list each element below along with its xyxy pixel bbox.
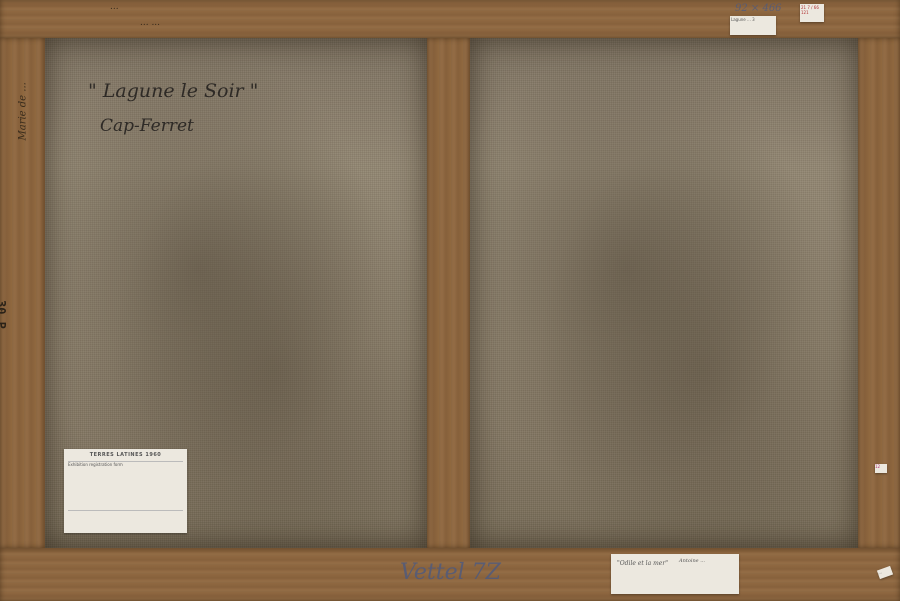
stretcher-frame: " Lagune le Soir " Cap-Ferret Marie de .… (0, 0, 900, 601)
top-right-sticker-1: Lagune ... 3 (730, 16, 776, 35)
bottom-label-title: "Odile et la mer" (617, 560, 668, 567)
top-right-pencil: 92 × 466 (735, 3, 782, 14)
canvas-right-panel (470, 38, 860, 548)
exhibition-label: TERRES LATINES 1960 Exhibition registrat… (64, 449, 187, 533)
exhibition-label-heading: TERRES LATINES 1960 (64, 452, 187, 458)
location-inscription: Cap-Ferret (100, 116, 194, 136)
title-inscription: " Lagune le Soir " (88, 80, 258, 102)
top-bar-inscription-1: ... (110, 2, 119, 12)
top-bar-inscription-2: ... ... (140, 18, 160, 28)
bottom-pencil-inscription: Vettel 7Z (400, 560, 501, 585)
right-side-sticker: 12 (875, 464, 887, 473)
size-stamp: 30 P (0, 300, 8, 350)
top-right-sticker-2: 21 7 / 66 121 (800, 4, 824, 22)
center-crossbar (427, 38, 470, 548)
exhibition-label-body: Exhibition registration form (68, 461, 183, 511)
bottom-label-artist: Antoine ... (679, 558, 705, 564)
bottom-label: "Odile et la mer" Antoine ... (611, 554, 739, 594)
side-inscription: Marie de ... (18, 71, 29, 141)
